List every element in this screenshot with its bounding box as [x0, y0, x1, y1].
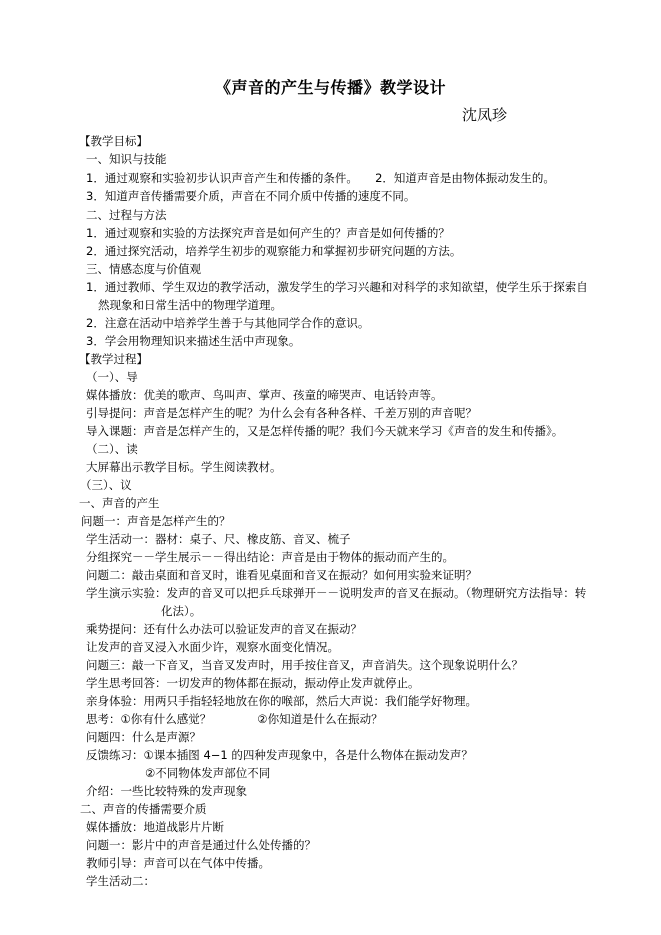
text-line: 反馈练习：①课本插图 4−1 的四种发声现象中，各是什么物体在振动发声？ [86, 748, 473, 762]
text-line: 二、声音的传播需要介质 [80, 802, 207, 816]
text-line: 二、过程与方法 [86, 208, 167, 222]
text-line: 介绍：一些比较特殊的发声现象 [86, 784, 247, 798]
text-line: 媒体播放：地道战影片片断 [86, 820, 224, 834]
text-line: 一、知识与技能 [86, 152, 167, 166]
text-line: 2．注意在活动中培养学生善于与其他同学合作的意识。 [86, 316, 369, 330]
document-title: 《声音的产生与传播》教学设计 [0, 75, 661, 98]
text-line: 1．通过观察和实验初步认识声音产生和传播的条件。 2．知道声音是由物体振动发生的… [86, 171, 555, 185]
text-line: 问题一：影片中的声音是通过什么处传播的？ [86, 838, 316, 852]
text-line: ②不同物体发声部位不同 [145, 766, 270, 780]
text-line: 教师引导：声音可以在气体中传播。 [86, 856, 270, 870]
text-line: 导入课题：声音是怎样产生的，又是怎样传播的呢？我们今天就来学习《声音的发生和传播… [86, 424, 563, 438]
text-line: 思考：①你有什么感觉？ ②你知道是什么在振动？ [86, 712, 383, 726]
text-line: 问题二：敲击桌面和音叉时，谁看见桌面和音叉在振动？如何用实验来证明？ [86, 568, 477, 582]
text-line: 3．知道声音传播需要介质，声音在不同介质中传播的速度不同。 [86, 189, 415, 203]
text-line: 让发声的音叉浸入水面少许，观察水面变化情况。 [86, 640, 339, 654]
text-line: 【教学目标】 [79, 134, 148, 148]
text-line: （二）、读 [86, 442, 138, 456]
text-line: 化法）。 [161, 604, 201, 618]
text-line: 学生活动二： [86, 874, 155, 888]
author-name: 沈凤珍 [462, 104, 507, 125]
text-line: 2．通过探究活动，培养学生初步的观察能力和掌握初步研究问题的方法。 [86, 244, 461, 258]
text-line: 问题四：什么是声源？ [86, 730, 201, 744]
text-line: 学生思考回答：一切发声的物体都在振动，振动停止发声就停止。 [86, 676, 420, 690]
text-line: 【教学过程】 [79, 352, 148, 366]
text-line: 大屏幕出示教学目标。学生阅读教材。 [86, 460, 282, 474]
text-line: （三）、议 [80, 478, 132, 492]
text-line: 3．学会用物理知识来描述生活中声现象。 [86, 334, 300, 348]
text-line: 分组探究－－学生展示－－得出结论：声音是由于物体的振动而产生的。 [86, 550, 454, 564]
text-line: 然现象和日常生活中的物理学道理。 [98, 298, 282, 312]
text-line: 学生演示实验：发声的音叉可以把乒乓球弹开－－说明发声的音叉在振动。（物理研究方法… [86, 586, 586, 600]
text-line: 三、情感态度与价值观 [86, 262, 201, 276]
document-page: 《声音的产生与传播》教学设计 沈凤珍 【教学目标】一、知识与技能1．通过观察和实… [0, 0, 661, 935]
text-line: 引导提问：声音是怎样产生的呢？为什么会有各种各样、千差万别的声音呢？ [86, 406, 477, 420]
text-line: 媒体播放：优美的歌声、鸟叫声、掌声、孩童的啼哭声、电话铃声等。 [86, 388, 443, 402]
text-line: 一、声音的产生 [79, 496, 160, 510]
text-line: 乘势提问：还有什么办法可以验证发声的音叉在振动？ [86, 622, 362, 636]
text-line: 学生活动一：器材：桌子、尺、橡皮筋、音叉、梳子 [86, 532, 351, 546]
text-line: 问题三：敲一下音叉，当音叉发声时，用手按住音叉，声音消失。这个现象说明什么？ [86, 658, 523, 672]
text-line: 1．通过教师、学生双边的教学活动，激发学生的学习兴趣和对科学的求知欲望，使学生乐… [86, 280, 588, 294]
text-line: 亲身体验：用两只手指轻轻地放在你的喉部，然后大声说：我们能学好物理。 [86, 694, 477, 708]
text-line: 问题一：声音是怎样产生的？ [81, 514, 231, 528]
text-line: 1．通过观察和实验的方法探究声音是如何产生的？声音是如何传播的？ [86, 226, 450, 240]
text-line: （一）、导 [86, 370, 138, 384]
